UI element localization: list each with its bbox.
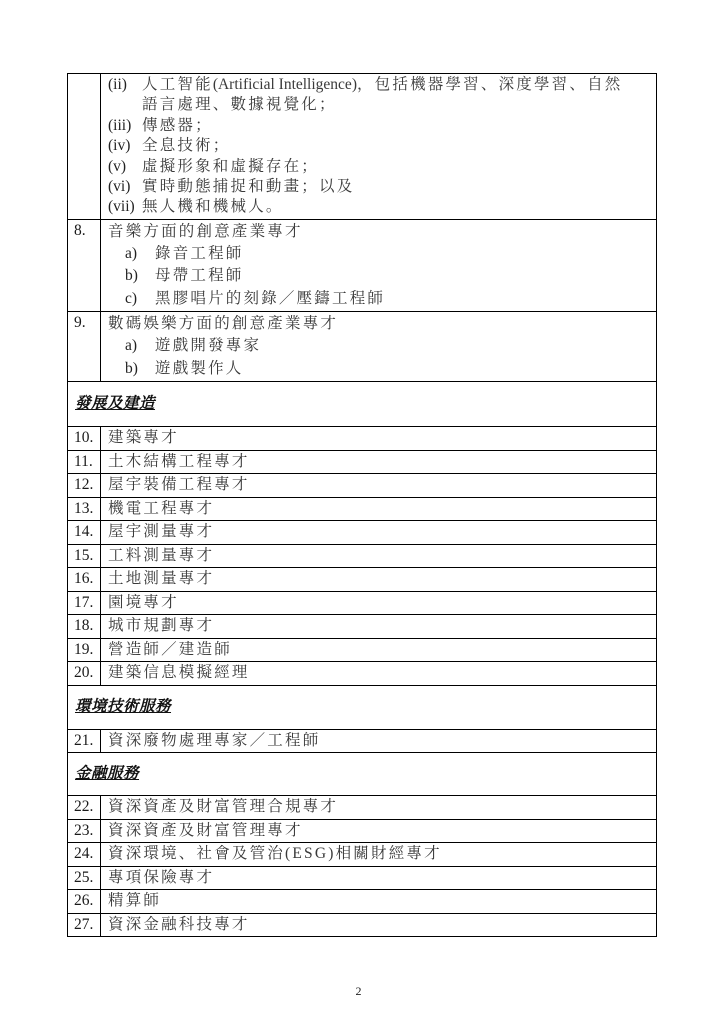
- row-text: 建築信息模擬經理: [101, 662, 657, 686]
- list-text: 遊戲製作人: [155, 358, 244, 381]
- list-item: b) 遊戲製作人: [108, 358, 656, 381]
- row-text: 營造師／建造師: [101, 638, 657, 662]
- list-label: (ii): [108, 75, 142, 116]
- table-row: 26.精算師: [68, 890, 657, 914]
- table-row: 15.工料測量專才: [68, 544, 657, 568]
- row-number-empty: [68, 74, 101, 220]
- row-number: 24.: [68, 843, 101, 867]
- row-number: 14.: [68, 521, 101, 545]
- table-row: 18.城市規劃專才: [68, 615, 657, 639]
- list-label: b): [125, 265, 155, 288]
- table-row: 25.專項保險專才: [68, 866, 657, 890]
- row-text: 土地測量專才: [101, 568, 657, 592]
- table-row: 24.資深環境、社會及管治(ESG)相關財經專才: [68, 843, 657, 867]
- row-text: 工料測量專才: [101, 544, 657, 568]
- list-text: 遊戲開發專家: [155, 335, 261, 358]
- list-label: (vii): [108, 197, 142, 217]
- table-row: 17.園境專才: [68, 591, 657, 615]
- row-content: (ii) 人工智能(Artificial Intelligence)，包括機器學…: [101, 74, 657, 220]
- table-row: 14.屋宇測量專才: [68, 521, 657, 545]
- list-text: 母帶工程師: [155, 265, 244, 288]
- table-row: 10.建築專才: [68, 427, 657, 451]
- row-text: 屋宇裝備工程專才: [101, 474, 657, 498]
- row-number: 26.: [68, 890, 101, 914]
- list-item: (ii) 人工智能(Artificial Intelligence)，包括機器學…: [108, 75, 656, 116]
- item-title: 音樂方面的創意產業專才: [108, 220, 656, 243]
- row-number: 8.: [68, 219, 101, 312]
- section-heading-row: 發展及建造: [68, 382, 657, 427]
- row-content: 數碼娛樂方面的創意產業專才 a) 遊戲開發專家 b) 遊戲製作人: [101, 312, 657, 382]
- list-label: (iii): [108, 116, 142, 136]
- list-item: a) 錄音工程師: [108, 243, 656, 266]
- list-text-part: 語言處理、數據視覺化；: [142, 96, 337, 113]
- list-item: (vii) 無人機和機械人。: [108, 197, 656, 217]
- row-number: 16.: [68, 568, 101, 592]
- list-label: (vi): [108, 177, 142, 197]
- row-text: 專項保險專才: [101, 866, 657, 890]
- list-label: a): [125, 335, 155, 358]
- list-item: b) 母帶工程師: [108, 265, 656, 288]
- row-number: 13.: [68, 497, 101, 521]
- row-number: 18.: [68, 615, 101, 639]
- section-heading: 金融服務: [68, 753, 657, 796]
- talent-list-table: (ii) 人工智能(Artificial Intelligence)，包括機器學…: [67, 73, 657, 937]
- list-item: (vi) 實時動態捕捉和動畫；以及: [108, 177, 656, 197]
- list-item: (iii) 傳感器；: [108, 116, 656, 136]
- list-label: (iv): [108, 136, 142, 156]
- list-item: (iv) 全息技術；: [108, 136, 656, 156]
- table-row: 13.機電工程專才: [68, 497, 657, 521]
- list-label: b): [125, 358, 155, 381]
- list-item: a) 遊戲開發專家: [108, 335, 656, 358]
- row-number: 22.: [68, 796, 101, 820]
- list-item: c) 黑膠唱片的刻錄／壓鑄工程師: [108, 288, 656, 311]
- list-text: 無人機和機械人。: [142, 197, 656, 217]
- table-row-item-8: 8. 音樂方面的創意產業專才 a) 錄音工程師 b) 母帶工程師 c) 黑膠唱片…: [68, 219, 657, 312]
- section-heading-row: 環境技術服務: [68, 685, 657, 729]
- list-item: (v) 虛擬形象和虛擬存在；: [108, 157, 656, 177]
- row-number: 20.: [68, 662, 101, 686]
- row-text: 資深資產及財富管理合規專才: [101, 796, 657, 820]
- row-number: 25.: [68, 866, 101, 890]
- table-row: 11.土木結構工程專才: [68, 450, 657, 474]
- list-text: 虛擬形象和虛擬存在；: [142, 157, 656, 177]
- row-content: 音樂方面的創意產業專才 a) 錄音工程師 b) 母帶工程師 c) 黑膠唱片的刻錄…: [101, 219, 657, 312]
- section-heading: 環境技術服務: [68, 685, 657, 729]
- list-text: 人工智能(Artificial Intelligence)，包括機器學習、深度學…: [142, 75, 656, 116]
- table-row: 27.資深金融科技專才: [68, 913, 657, 937]
- list-label: a): [125, 243, 155, 266]
- row-number: 11.: [68, 450, 101, 474]
- row-text: 資深環境、社會及管治(ESG)相關財經專才: [101, 843, 657, 867]
- row-text: 土木結構工程專才: [101, 450, 657, 474]
- list-text: 傳感器；: [142, 116, 656, 136]
- row-text: 園境專才: [101, 591, 657, 615]
- list-text: 全息技術；: [142, 136, 656, 156]
- item-title: 數碼娛樂方面的創意產業專才: [108, 312, 656, 335]
- row-number: 23.: [68, 819, 101, 843]
- row-text: 建築專才: [101, 427, 657, 451]
- section-heading: 發展及建造: [68, 382, 657, 427]
- list-text: 錄音工程師: [155, 243, 244, 266]
- page-number: 2: [0, 984, 717, 999]
- row-text: 機電工程專才: [101, 497, 657, 521]
- row-text: 資深資產及財富管理專才: [101, 819, 657, 843]
- table-row: 12.屋宇裝備工程專才: [68, 474, 657, 498]
- table-row: 21.資深廢物處理專家／工程師: [68, 729, 657, 753]
- table-row-item-9: 9. 數碼娛樂方面的創意產業專才 a) 遊戲開發專家 b) 遊戲製作人: [68, 312, 657, 382]
- row-text: 城市規劃專才: [101, 615, 657, 639]
- list-text-part: 人工智能: [142, 76, 213, 93]
- row-text: 資深廢物處理專家／工程師: [101, 729, 657, 753]
- section-heading-row: 金融服務: [68, 753, 657, 796]
- row-number: 10.: [68, 427, 101, 451]
- table-row: 20.建築信息模擬經理: [68, 662, 657, 686]
- row-number: 21.: [68, 729, 101, 753]
- row-number: 9.: [68, 312, 101, 382]
- list-text: 實時動態捕捉和動畫；以及: [142, 177, 656, 197]
- table-row: 23.資深資產及財富管理專才: [68, 819, 657, 843]
- table-row: 22.資深資產及財富管理合規專才: [68, 796, 657, 820]
- list-text-part: ，包括機器學習、深度學習、自然: [357, 76, 623, 93]
- list-text-latin: (Artificial Intelligence): [213, 76, 357, 93]
- row-number: 12.: [68, 474, 101, 498]
- table-row: 19.營造師／建造師: [68, 638, 657, 662]
- row-number: 19.: [68, 638, 101, 662]
- row-text: 精算師: [101, 890, 657, 914]
- list-label: c): [125, 288, 155, 311]
- list-label: (v): [108, 157, 142, 177]
- row-text: 屋宇測量專才: [101, 521, 657, 545]
- row-number: 15.: [68, 544, 101, 568]
- table-row-continued: (ii) 人工智能(Artificial Intelligence)，包括機器學…: [68, 74, 657, 220]
- row-number: 27.: [68, 913, 101, 937]
- table-row: 16.土地測量專才: [68, 568, 657, 592]
- row-number: 17.: [68, 591, 101, 615]
- row-text: 資深金融科技專才: [101, 913, 657, 937]
- list-text: 黑膠唱片的刻錄／壓鑄工程師: [155, 288, 385, 311]
